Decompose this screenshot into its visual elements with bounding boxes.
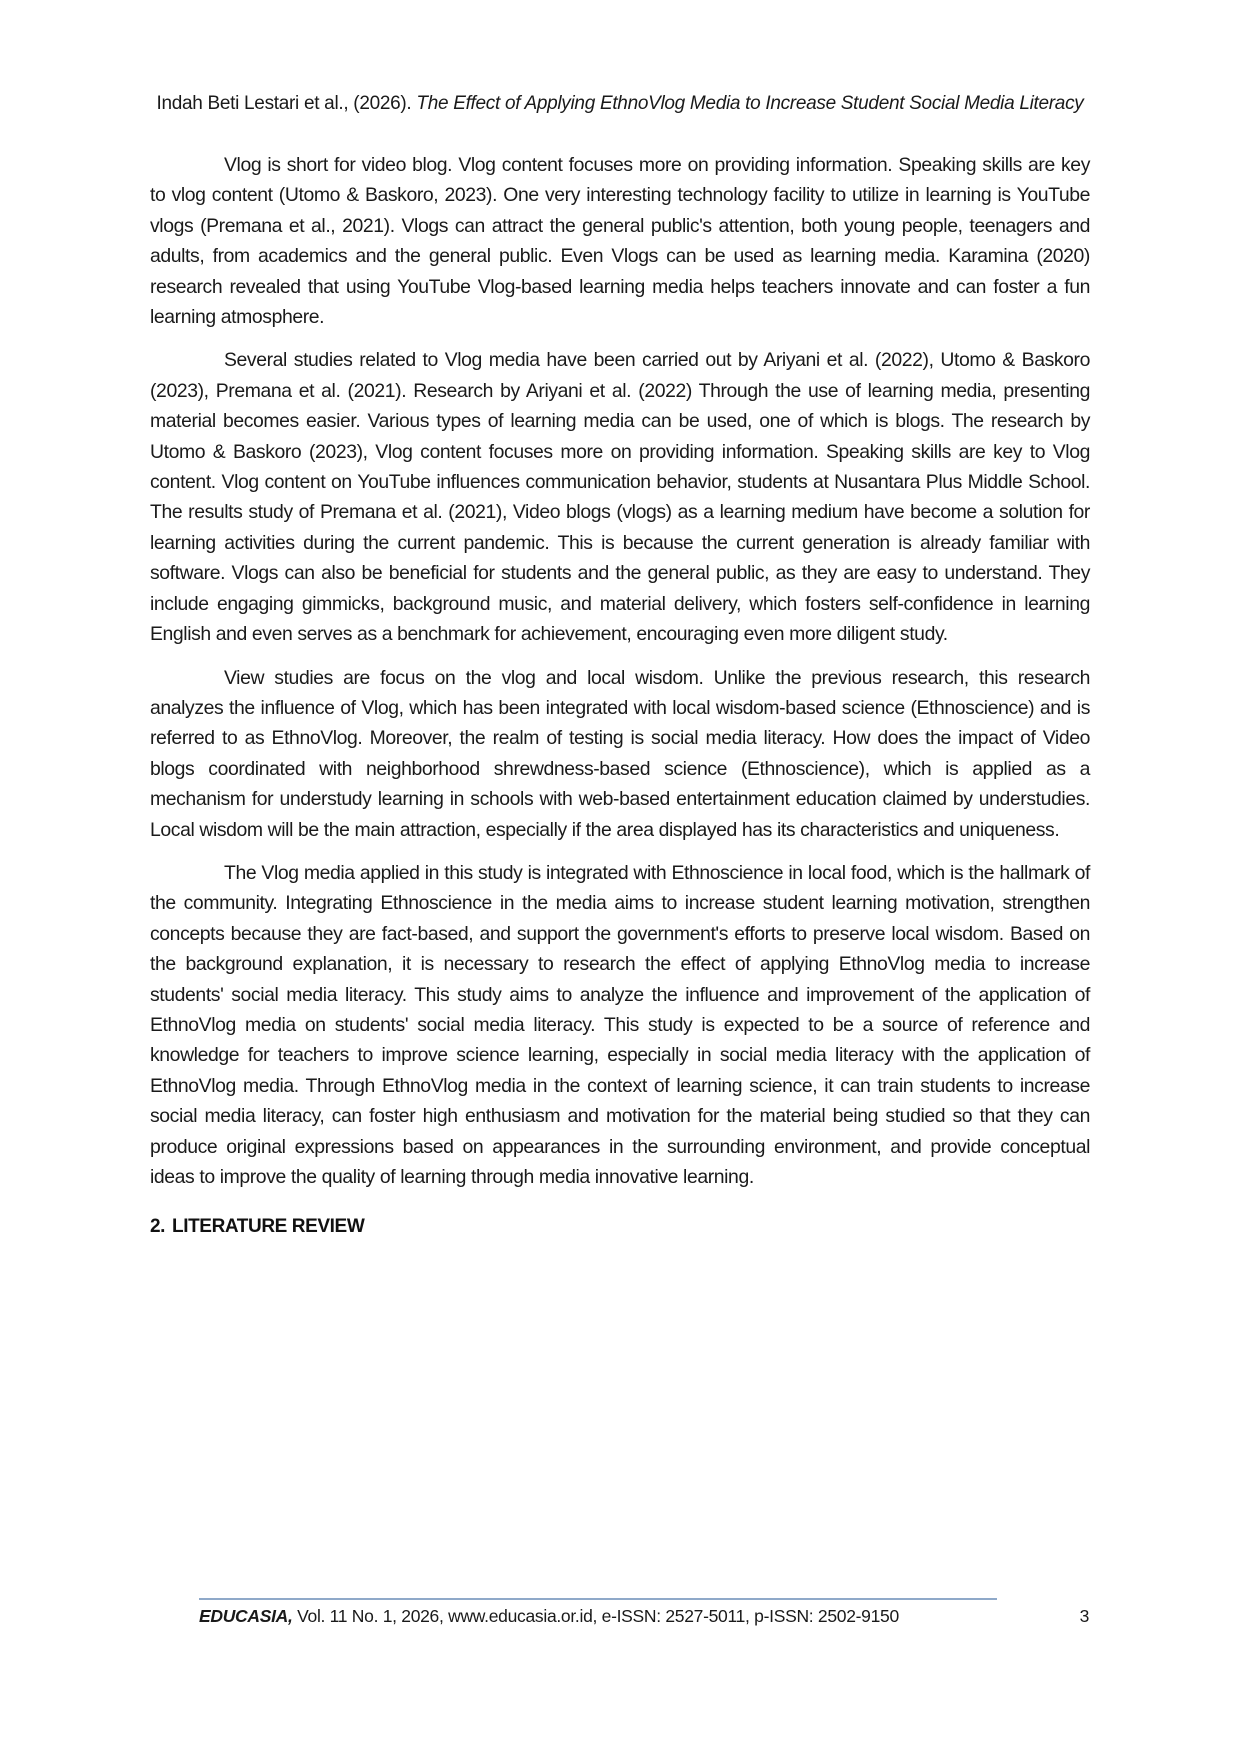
body-text: Vlog is short for video blog. Vlog conte… [150, 150, 1090, 1243]
running-header: Indah Beti Lestari et al., (2026). The E… [150, 90, 1090, 117]
header-authors-citation: Indah Beti Lestari et al., (2026). [157, 93, 417, 114]
page-number: 3 [1080, 1606, 1089, 1627]
header-article-title: The Effect of Applying EthnoVlog Media t… [416, 93, 1083, 114]
journal-name: EDUCASIA, [199, 1606, 293, 1626]
paragraph: Vlog is short for video blog. Vlog conte… [150, 150, 1090, 332]
paragraph: View studies are focus on the vlog and l… [150, 663, 1090, 845]
paragraph: Several studies related to Vlog media ha… [150, 345, 1090, 649]
footer-divider [199, 1598, 997, 1600]
paragraph: The Vlog media applied in this study is … [150, 858, 1090, 1192]
paper-page: Indah Beti Lestari et al., (2026). The E… [0, 0, 1240, 1754]
section-heading: 2.LITERATURE REVIEW [150, 1212, 1090, 1242]
section-title: LITERATURE REVIEW [172, 1216, 364, 1237]
journal-details: Vol. 11 No. 1, 2026, www.educasia.or.id,… [293, 1606, 899, 1626]
page-footer: EDUCASIA, Vol. 11 No. 1, 2026, www.educa… [199, 1606, 1089, 1627]
section-number: 2. [150, 1212, 172, 1242]
